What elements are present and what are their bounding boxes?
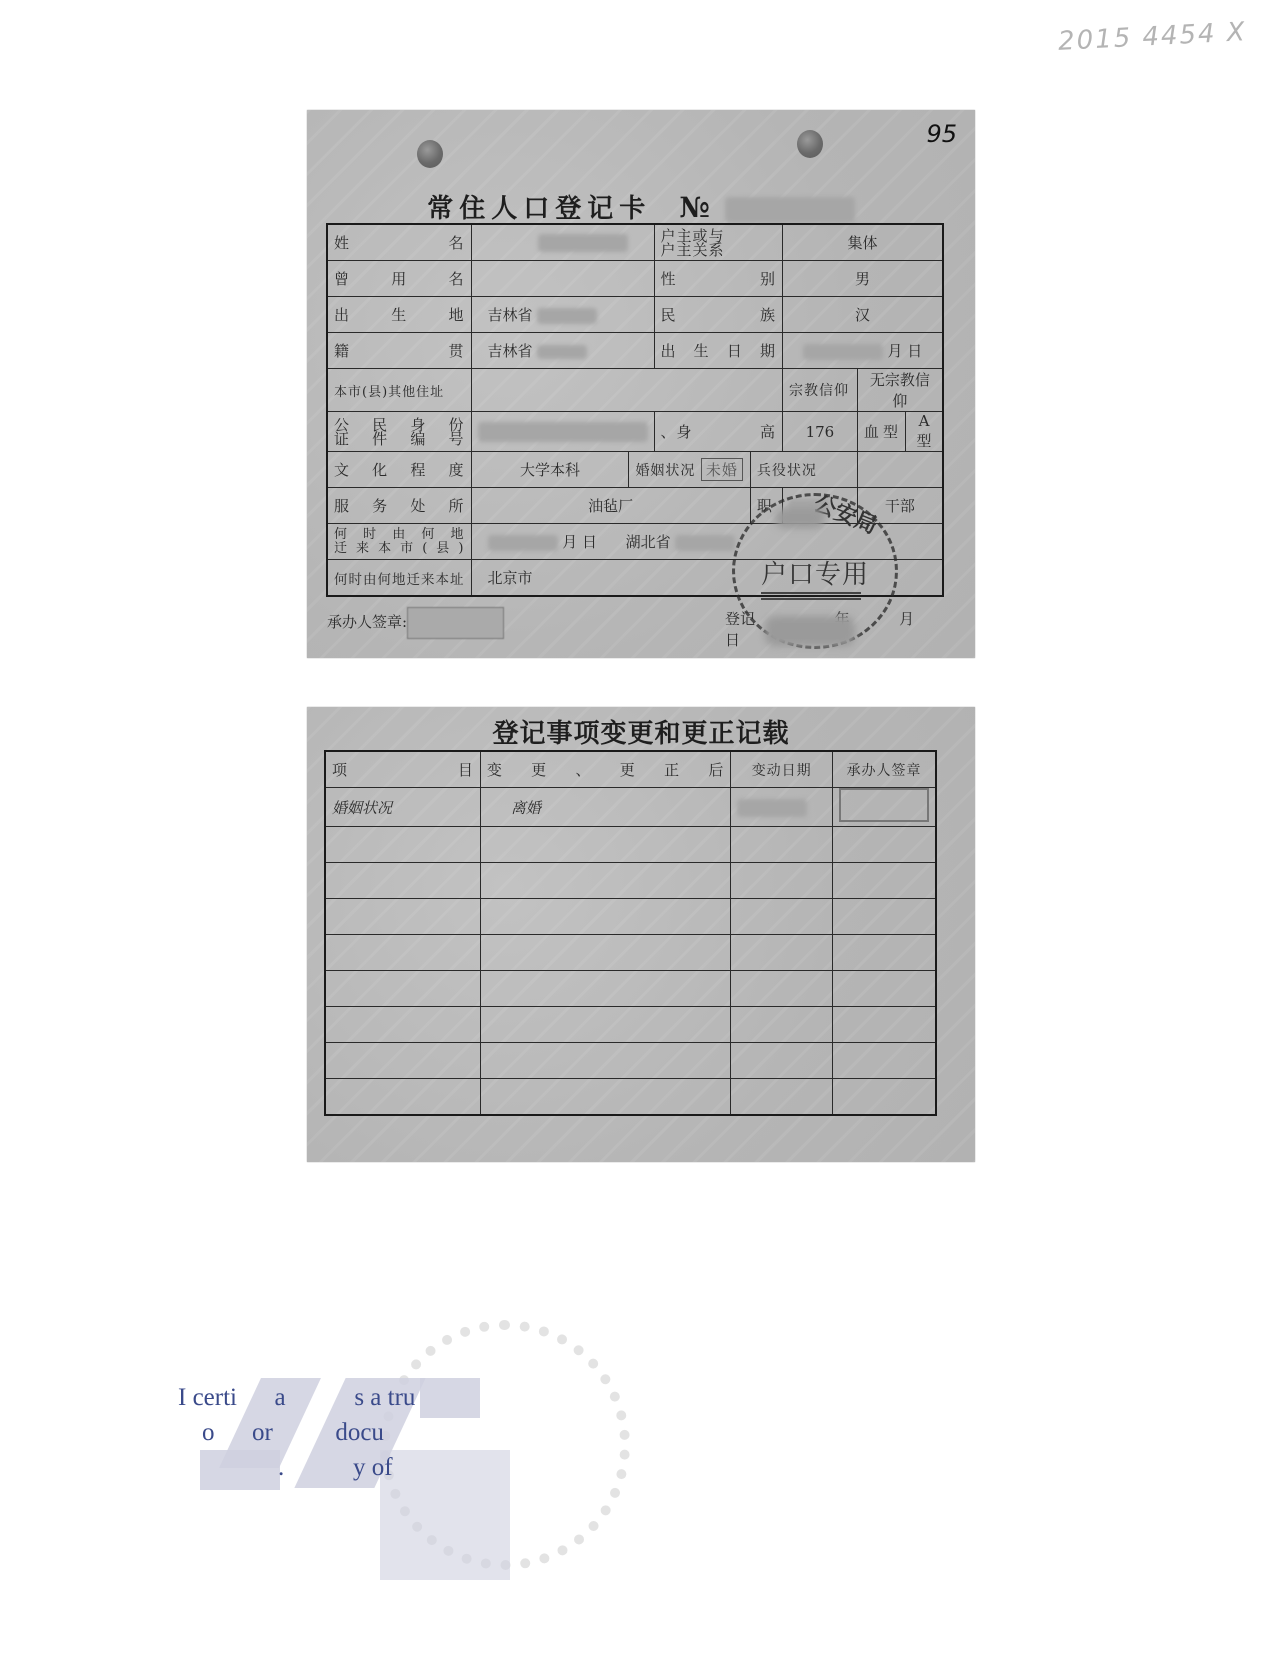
marital-status-label: 婚姻状况 未婚 <box>629 452 750 488</box>
gender-value: 男 <box>782 261 943 297</box>
table-row <box>325 827 936 863</box>
page-number: 95 <box>926 120 957 148</box>
native-place-value: 吉林省 <box>471 333 654 369</box>
birthplace-value: 吉林省 <box>471 297 654 333</box>
religion-label: 宗教信仰 <box>782 369 857 412</box>
birthplace-label: 出生地 <box>327 297 471 333</box>
workplace-value: 油毡厂 <box>471 488 750 524</box>
table-row <box>325 863 936 899</box>
change-record-card: 登记事项变更和更正记载 项目 变更、更正后 变动日期 承办人签章 婚姻状况 离婚 <box>307 707 975 1162</box>
handler-label: 承办人签章: <box>327 613 407 631</box>
id-number-value <box>471 412 654 452</box>
native-place-label: 籍贯 <box>327 333 471 369</box>
card-title: 常住人口登记卡№ <box>307 188 975 225</box>
handler-small-stamp <box>839 788 929 822</box>
table-row <box>325 971 936 1007</box>
punch-hole <box>417 140 443 168</box>
table-row: 婚姻状况 离婚 <box>325 788 936 827</box>
household-relation-value: 集体 <box>782 224 943 261</box>
punch-hole <box>797 130 823 158</box>
column-header-signature: 承办人签章 <box>832 751 936 788</box>
birth-date-value: 月 日 <box>782 333 943 369</box>
education-value: 大学本科 <box>471 452 629 488</box>
certification-line-2: o or docu <box>178 1415 415 1450</box>
change-value-cell: 离婚 <box>480 788 731 827</box>
table-row <box>325 935 936 971</box>
certification-line-3: . y of <box>178 1450 415 1485</box>
height-label: 、身高 <box>654 412 782 452</box>
blood-type-value: A型 <box>905 412 943 452</box>
change-record-title: 登记事项变更和更正记载 <box>307 713 975 750</box>
month-label: 月 <box>899 610 914 628</box>
moved-to-address-label: 何时由何地迁来本址 <box>327 560 471 597</box>
table-row <box>325 1079 936 1116</box>
moved-from-label: 何时由何地迁来本市(县) <box>327 524 471 560</box>
table-row <box>325 1007 936 1043</box>
military-status-label: 兵役状况 <box>750 452 857 488</box>
column-header-date: 变动日期 <box>731 751 833 788</box>
registration-card: 95 常住人口登记卡№ 姓名 户主或与户主关系 集体 曾用名 性别 男 出生地 … <box>307 110 975 658</box>
stamp-center-text: 户口专用 <box>761 554 869 591</box>
former-name-label: 曾用名 <box>327 261 471 297</box>
change-date-cell <box>731 788 833 827</box>
education-label: 文化程度 <box>327 452 471 488</box>
household-relation-label: 户主或与户主关系 <box>654 224 782 261</box>
change-signature-cell <box>832 788 936 827</box>
change-table-header: 项目 变更、更正后 变动日期 承办人签章 <box>325 751 936 788</box>
household-registration-stamp: 公安局 户口专用 <box>732 493 898 649</box>
table-row <box>325 899 936 935</box>
handwritten-reference-number: 2015 4454 X <box>1057 17 1247 57</box>
redacted-card-number <box>725 197 855 223</box>
military-status-value <box>857 452 943 488</box>
name-label: 姓名 <box>327 224 471 261</box>
id-number-label: 公民身份证件编号 <box>327 412 471 452</box>
birth-date-label: 出生日期 <box>654 333 782 369</box>
stamp-redaction <box>765 616 855 646</box>
former-name-value <box>471 261 654 297</box>
day-label: 日 <box>725 631 740 649</box>
name-value <box>471 224 654 261</box>
other-address-label: 本市(县)其他住址 <box>327 369 471 412</box>
workplace-label: 服务处所 <box>327 488 471 524</box>
blood-type-label: 血型 <box>857 412 905 452</box>
column-header-item: 项目 <box>325 751 480 788</box>
other-address-value <box>471 369 782 412</box>
change-record-table: 项目 变更、更正后 变动日期 承办人签章 婚姻状况 离婚 <box>324 750 937 1116</box>
religion-value: 无宗教信仰 <box>857 369 943 412</box>
height-value: 176 <box>782 412 857 452</box>
certification-line-1: I certi a s a tru <box>178 1380 415 1415</box>
stamp-redaction <box>775 508 825 528</box>
change-item-cell: 婚姻状况 <box>325 788 480 827</box>
stamp-lines <box>761 592 861 600</box>
ethnicity-label: 民族 <box>654 297 782 333</box>
column-header-changed-to: 变更、更正后 <box>480 751 731 788</box>
certification-text: I certi a s a tru o or docu . y of <box>178 1380 415 1485</box>
table-row <box>325 1043 936 1079</box>
gender-label: 性别 <box>654 261 782 297</box>
handler-signature-row: 承办人签章: <box>327 607 504 639</box>
redaction-mosaic <box>420 1378 480 1418</box>
marital-status-value: 未婚 <box>701 458 743 481</box>
card-number-label: № <box>679 191 709 224</box>
card-title-text: 常住人口登记卡 <box>427 194 651 224</box>
ethnicity-value: 汉 <box>782 297 943 333</box>
handler-signature-box <box>407 607 504 639</box>
